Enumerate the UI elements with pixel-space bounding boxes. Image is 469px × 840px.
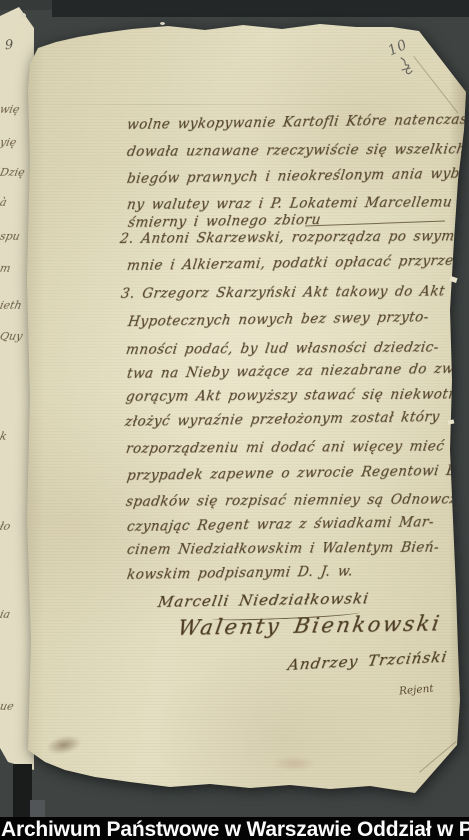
manuscript-line: rozporządzeniu mi dodać ani więcey mieć … <box>125 438 469 457</box>
faint-stain <box>272 756 316 771</box>
pencil-paraph-icon <box>398 56 414 78</box>
archival-scan-viewport: 9 wię yię Dzię à spu m ieth Quy k ło ia … <box>0 0 469 840</box>
manuscript-line: mności podać, by lud własności dziedzic- <box>125 340 440 358</box>
manuscript-line: gorącym Akt powyższy stawać się niekwotn… <box>125 386 467 405</box>
signature: Marcelli Niedziałkowski <box>157 589 371 611</box>
signature: Walenty Bienkowski <box>176 611 443 640</box>
manuscript-line: spadków się rozpisać niemniey są Odnowcz… <box>125 491 469 510</box>
manuscript-line: cinem Niedziałkowskim i Walentym Bień- <box>126 540 440 558</box>
manuscript-line: ny walutey wraz i P. Lokatemi Marcellemu… <box>126 194 469 213</box>
manuscript-line: 2. Antoni Skarzewski, rozporządza po swy… <box>119 228 469 247</box>
manuscript-line: dowała uznawane rzeczywiście się wszelki… <box>126 141 469 160</box>
manuscript-line: 3. Grzegorz Skarzyński Akt takowy do Akt <box>120 283 446 302</box>
archive-caption-bar: Archiwum Państwowe w Warszawie Oddział w… <box>0 817 469 840</box>
manuscript-line: śmierny i wolnego zbioru <box>127 212 322 231</box>
manuscript-page: 10 wolne wykopywanie Kartofli Które nate… <box>0 0 469 840</box>
manuscript-page-wrap: 10 wolne wykopywanie Kartofli Które nate… <box>0 0 469 840</box>
archive-caption-text: Archiwum Państwowe w Warszawie Oddział w… <box>0 817 469 840</box>
horizontal-crease <box>32 104 456 105</box>
torn-paper-speck <box>160 22 165 25</box>
